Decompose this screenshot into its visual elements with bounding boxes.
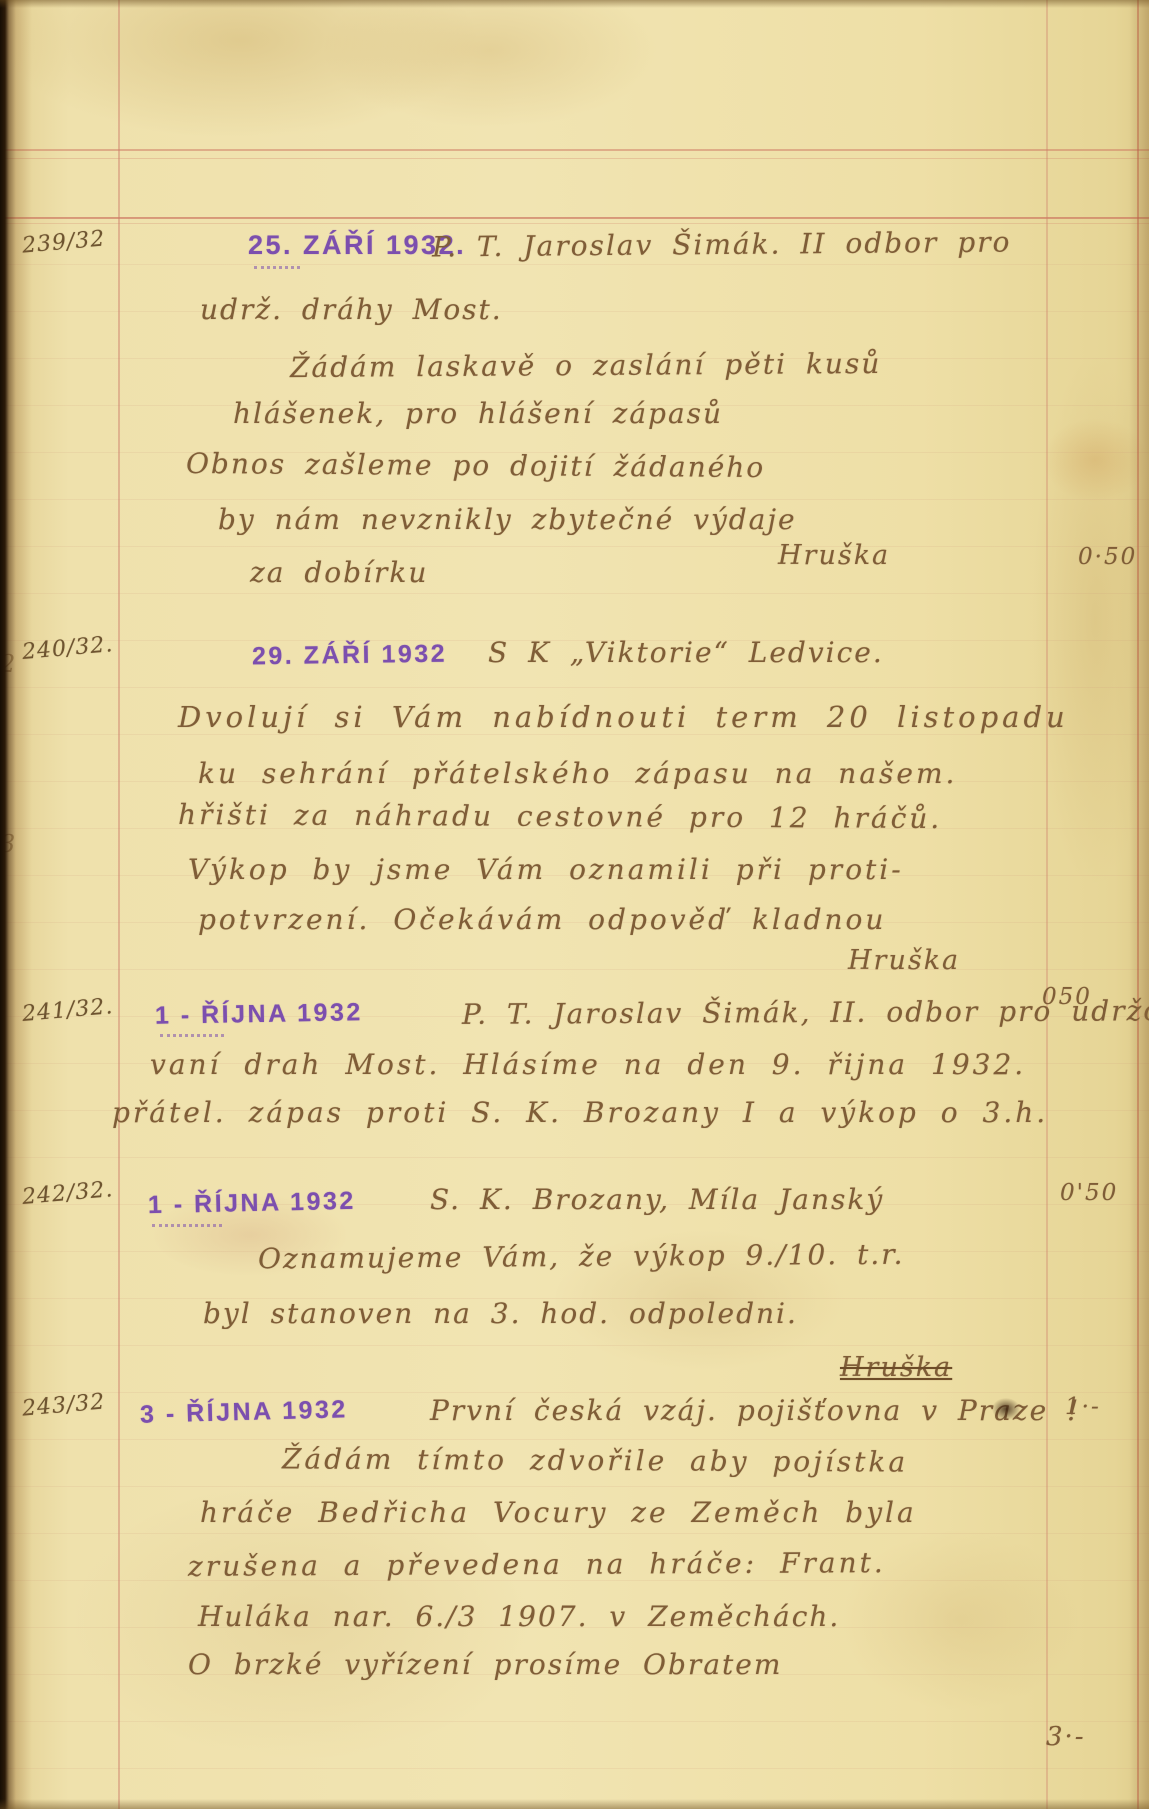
- entry-line: ku sehrání přátelského zápasu na našem.: [198, 757, 957, 790]
- ink-blot: [992, 1398, 1020, 1420]
- header-rule: [0, 217, 1149, 219]
- page-total: 3·-: [1046, 1722, 1086, 1752]
- right-scan-edge: [1129, 0, 1149, 1809]
- header-rule: [0, 158, 1149, 159]
- bottom-scan-edge: [0, 1799, 1149, 1809]
- stamp-underline-dots: [254, 266, 300, 269]
- header-rule: [0, 149, 1149, 151]
- entry-line: hráče Bedřicha Vocury ze Zeměch byla: [200, 1496, 917, 1529]
- entry-line: Výkop by jsme Vám oznamili při proti-: [188, 853, 904, 886]
- entry-line: by nám nevznikly zbytečné výdaje: [218, 503, 797, 536]
- entry-line: S. K. Brozany, Míla Janský: [430, 1183, 884, 1216]
- entry-line: Žádám tímto zdvořile aby pojístka: [282, 1442, 908, 1478]
- entry-line: Žádám laskavě o zaslání pěti kusů: [290, 347, 882, 384]
- ledger-page: 239/32 25. ZÁŘÍ 1932. P. T. Jaroslav Šim…: [0, 0, 1149, 1809]
- signature: Hruška: [848, 945, 960, 976]
- entry-line: P. T. Jaroslav Šimák. II odbor pro: [432, 225, 1012, 263]
- entry-line: O brzké vyřízení prosíme Obratem: [188, 1648, 782, 1681]
- entry-line: hřišti za náhradu cestovné pro 12 hráčů.: [178, 798, 942, 835]
- amount-value: 1·-: [1065, 1394, 1101, 1420]
- amount-value: 0'50: [1060, 1180, 1118, 1206]
- entry-line: První česká vzáj. pojišťovna v Praze !: [430, 1394, 1080, 1427]
- stamp-underline-dots: [160, 1034, 224, 1037]
- left-scan-edge: [0, 0, 32, 1809]
- date-stamp: 1 - ŘÍJNA 1932: [155, 998, 363, 1031]
- entry-line: Huláka nar. 6./3 1907. v Zeměchách.: [198, 1600, 840, 1633]
- amount-value: 050: [1042, 984, 1092, 1010]
- entry-line: za dobírku: [250, 556, 428, 589]
- top-scan-edge: [0, 0, 1149, 8]
- entry-line: Dvolují si Vám nabídnouti term 20 listop…: [178, 700, 1069, 734]
- column-rule-left: [118, 0, 120, 1809]
- entry-line: S K „Viktorie“ Ledvice.: [488, 636, 884, 669]
- entry-line: Oznamujeme Vám, že výkop 9./10. t.r.: [258, 1238, 905, 1276]
- entry-line: udrž. dráhy Most.: [200, 293, 503, 326]
- signature: Hruška: [778, 540, 890, 571]
- entry-line: Obnos zašleme po dojití žádaného: [186, 447, 765, 484]
- date-stamp: 29. ZÁŘÍ 1932: [252, 640, 447, 672]
- entry-line: byl stanoven na 3. hod. odpoledni.: [203, 1297, 798, 1330]
- signature: Hruška: [840, 1352, 952, 1383]
- stamp-underline-dots: [152, 1224, 222, 1227]
- entry-line: hlášenek, pro hlášení zápasů: [233, 397, 723, 430]
- entry-line: potvrzení. Očekávám odpověď kladnou: [198, 903, 886, 936]
- entry-line: přátel. zápas proti S. K. Brozany I a vý…: [112, 1096, 1048, 1129]
- header-rule: [0, 223, 1149, 224]
- date-stamp: 3 - ŘÍJNA 1932: [140, 1395, 348, 1429]
- entry-line: zrušena a převedena na hráče: Frant.: [188, 1546, 886, 1583]
- date-stamp: 1 - ŘÍJNA 1932: [148, 1187, 356, 1220]
- entry-line: vaní drah Most. Hlásíme na den 9. řijna …: [150, 1048, 1026, 1081]
- column-rule-right: [1046, 0, 1048, 1809]
